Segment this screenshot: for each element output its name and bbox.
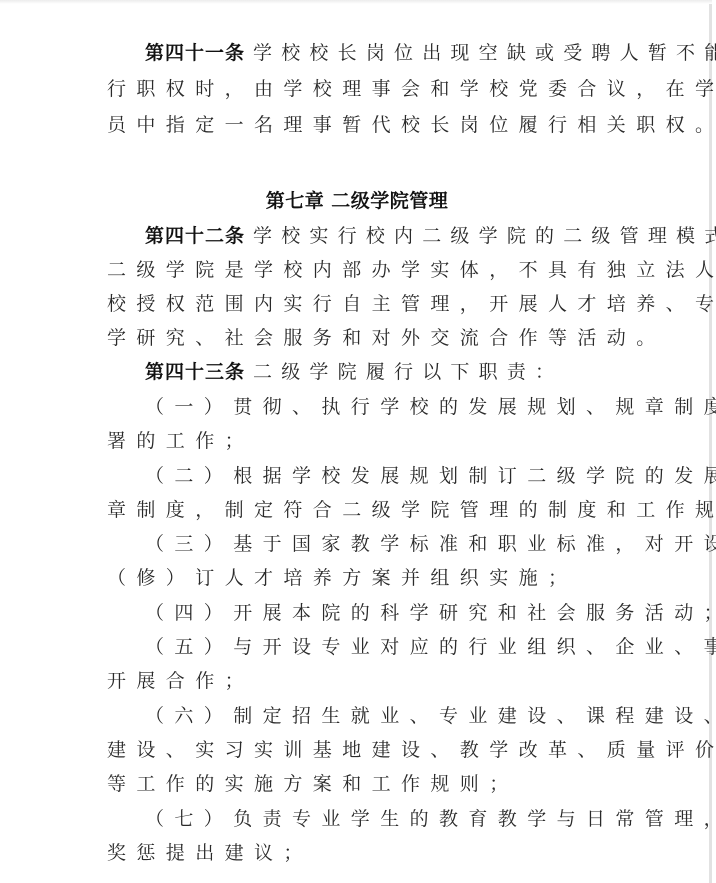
item-5-line-2: 开展合作；: [107, 664, 254, 698]
article-42-line-4: 学研究、社会服务和对外交流合作等活动。: [107, 321, 666, 355]
document-page: 第四十一条学校校长岗位出现空缺或受聘人暂不能履 行职权时，由学校理事会和学校党委…: [0, 0, 712, 883]
item-5-line-1: （五）与开设专业对应的行业组织、企业、事业组织等，: [145, 630, 716, 664]
article-41-line-1: 第四十一条学校校长岗位出现空缺或受聘人暂不能履: [145, 36, 716, 70]
item-6-line-3: 等工作的实施方案和工作规则；: [107, 767, 519, 801]
chapter-title: 第七章 二级学院管理: [107, 184, 607, 218]
item-3-line-2: （修）订人才培养方案并组织实施；: [107, 561, 577, 595]
item-7-line-1: （七）负责专业学生的教育教学与日常管理，对学生的: [145, 802, 716, 836]
item-7-line-2: 奖惩提出建议；: [107, 836, 313, 870]
article-42-heading: 第四十二条: [145, 225, 245, 247]
article-43-heading: 第四十三条: [145, 361, 245, 383]
article-42-line-3: 校授权范围内实行自主管理，开展人才培养、专业建设、科: [107, 287, 716, 321]
item-2-line-2: 章制度，制定符合二级学院管理的制度和工作规则；: [107, 493, 716, 527]
item-1-line-1: （一）贯彻、执行学校的发展规划、规章制度和安排部: [145, 390, 716, 424]
page-top-shadow: [0, 0, 712, 4]
article-43-line-1: 第四十三条二级学院履行以下职责：: [145, 355, 563, 389]
item-3-line-1: （三）基于国家教学标准和职业标准，对开设的专业制: [145, 527, 716, 561]
article-42-line-2: 二级学院是学校内部办学实体，不具有独立法人地位，在学: [107, 253, 716, 287]
article-41-line-3: 员中指定一名理事暂代校长岗位履行相关职权。: [107, 108, 716, 142]
item-2-line-1: （二）根据学校发展规划制订二级学院的发展规划、规: [145, 459, 716, 493]
item-6-line-1: （六）制定招生就业、专业建设、课程建设、师资队伍: [145, 699, 716, 733]
item-1-line-2: 署的工作；: [107, 424, 254, 458]
article-41-line-2: 行职权时，由学校理事会和学校党委合议，在学校理事会成: [107, 72, 716, 106]
item-4-line-1: （四）开展本院的科学研究和社会服务活动；: [145, 596, 716, 630]
article-42-line-1: 第四十二条学校实行校内二级学院的二级管理模式，: [145, 219, 716, 253]
item-6-line-2: 建设、实习实训基地建设、教学改革、质量评价、技术服务: [107, 733, 716, 767]
article-41-heading: 第四十一条: [145, 42, 245, 64]
